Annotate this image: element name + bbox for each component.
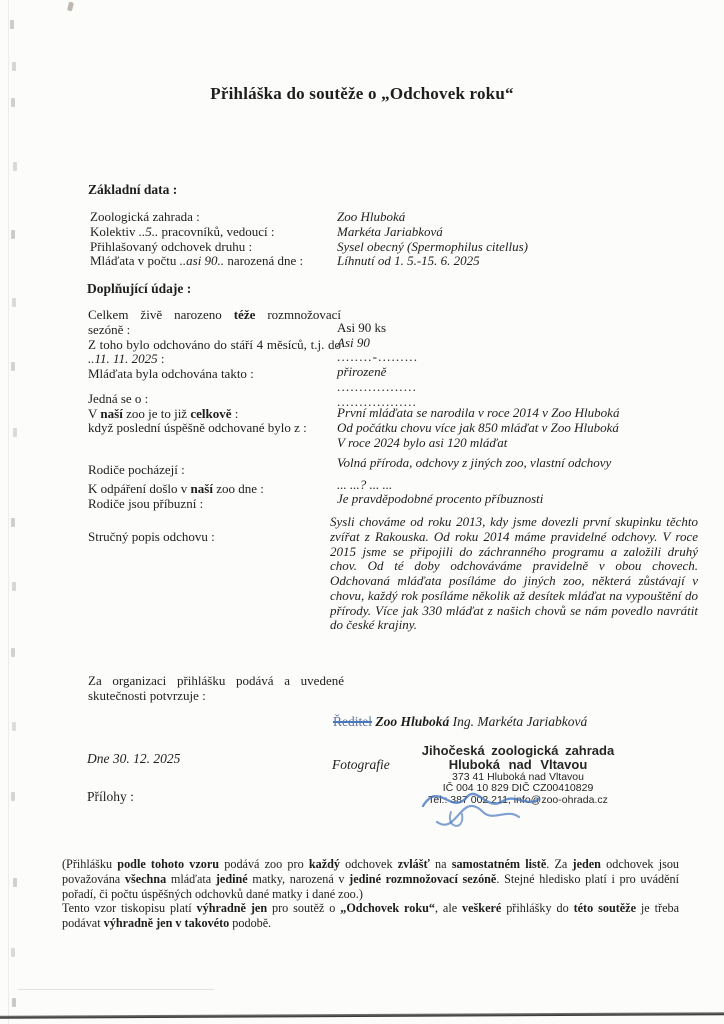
row-species-label: Přihlašovaný odchovek druhu : xyxy=(90,240,337,255)
question-reared: Z toho bylo odchováno do stáří 4 měsíců,… xyxy=(88,338,341,368)
section-heading-additional: Doplňující údaje : xyxy=(87,281,191,297)
submission-statement: Za organizaci přihlášku podává a uvedené… xyxy=(88,673,344,703)
row-team-value: Markéta Jariabková xyxy=(337,225,443,240)
form-title: Přihláška do soutěže o „Odchovek roku“ xyxy=(0,84,724,104)
description-label: Stručný popis odchovu : xyxy=(88,529,215,545)
row-zoo-value: Zoo Hluboká xyxy=(337,210,405,225)
row-young: Mláďata v počtu ..asi 90.. narozená dne … xyxy=(90,254,665,269)
parents-related-value: Je pravděpodobné procento příbuznosti xyxy=(337,492,543,506)
question-concerning: Jedná se o : xyxy=(88,392,307,407)
attachments-label: Přílohy : xyxy=(87,789,134,805)
parents-origin-value: Volná příroda, odchovy z jiných zoo, vla… xyxy=(337,455,611,471)
answer-2024: V roce 2024 bylo asi 120 mláďat xyxy=(337,435,619,450)
row-young-label: Mláďata v počtu ..asi 90.. narozená dne … xyxy=(90,254,337,269)
mating-date-label: K odpáření došlo v naší zoo dne : xyxy=(88,482,264,497)
answer-reared-how: přirozeně xyxy=(337,365,418,380)
description-text: Sysli chováme od roku 2013, kdy jsme dov… xyxy=(330,515,698,633)
footnote: (Přihlášku podle tohoto vzoru podává zoo… xyxy=(62,857,679,931)
scan-artifact-faint-line xyxy=(18,989,214,990)
row-zoo: Zoologická zahrada : Zoo Hluboká xyxy=(90,210,665,225)
parents-related-label: Rodiče jsou příbuzní : xyxy=(88,497,264,512)
scan-artifact-bottom-line xyxy=(0,1012,724,1019)
signature-ink-icon xyxy=(405,770,555,840)
scan-artifact-left-edge xyxy=(8,0,9,1024)
row-young-value: Líhnutí od 1. 5.-15. 6. 2025 xyxy=(337,254,480,269)
section-heading-basic-data: Základní data : xyxy=(88,182,177,198)
question-total-in-zoo: V naší zoo je to již celkově : xyxy=(88,407,307,422)
scan-artifact-speck xyxy=(67,2,74,12)
row-zoo-label: Zoologická zahrada : xyxy=(90,210,337,225)
application-form-page: Přihláška do soutěže o „Odchovek roku“ Z… xyxy=(0,0,724,1024)
additional-questions: Celkem živě narozeno téže rozmnožovací s… xyxy=(88,308,341,382)
parents-origin-label: Rodiče pocházejí : xyxy=(88,462,185,478)
row-species-value: Sysel obecný (Spermophilus citellus) xyxy=(337,240,528,255)
mating-date-value: ... ...? ... ... xyxy=(337,478,543,492)
dotted-line: ........-......... xyxy=(337,350,418,365)
stamp-org-name: Jihočeská zoologická zahrada xyxy=(398,744,638,758)
scan-artifact-noise xyxy=(10,20,14,29)
date-line: Dne 30. 12. 2025 xyxy=(87,751,180,767)
row-team: Kolektiv ..5.. pracovníků, vedoucí : Mar… xyxy=(90,225,665,240)
mating-questions: K odpáření došlo v naší zoo dne : Rodiče… xyxy=(88,482,264,511)
footnote-paragraph-2: Tento vzor tiskopisu platí výhradně jen … xyxy=(62,901,679,931)
answer-reared-count: Asi 90 xyxy=(337,336,418,351)
answer-first-young: První mláďata se narodila v roce 2014 v … xyxy=(337,405,619,420)
row-team-label: Kolektiv ..5.. pracovníků, vedoucí : xyxy=(90,225,337,240)
basic-data-rows: Zoologická zahrada : Zoo Hluboká Kolekti… xyxy=(90,210,665,269)
question-reared-how: Mláďata byla odchována takto : xyxy=(88,367,341,382)
footnote-paragraph-1: (Přihlášku podle tohoto vzoru podává zoo… xyxy=(62,857,679,901)
answer-born-total: Asi 90 ks xyxy=(337,321,418,336)
concerning-answers: První mláďata se narodila v roce 2014 v … xyxy=(337,405,619,450)
row-species: Přihlašovaný odchovek druhu : Sysel obec… xyxy=(90,240,665,255)
dotted-line: .................. xyxy=(337,380,418,395)
answer-since-start: Od počátku chovu více jak 850 mláďat v Z… xyxy=(337,420,619,435)
mating-answers: ... ...? ... ... Je pravděpodobné procen… xyxy=(337,478,543,507)
question-born-total: Celkem živě narozeno téže rozmnožovací s… xyxy=(88,308,341,338)
concerning-questions: Jedná se o : V naší zoo je to již celkov… xyxy=(88,392,307,436)
photo-label: Fotografie xyxy=(332,757,390,773)
signature-line: Ředitel Zoo Hluboká Ing. Markéta Jariabk… xyxy=(333,714,587,730)
additional-answers: Asi 90 ks Asi 90 ........-......... přir… xyxy=(337,321,418,409)
question-last-success: když poslední úspěšně odchované bylo z : xyxy=(88,421,307,436)
